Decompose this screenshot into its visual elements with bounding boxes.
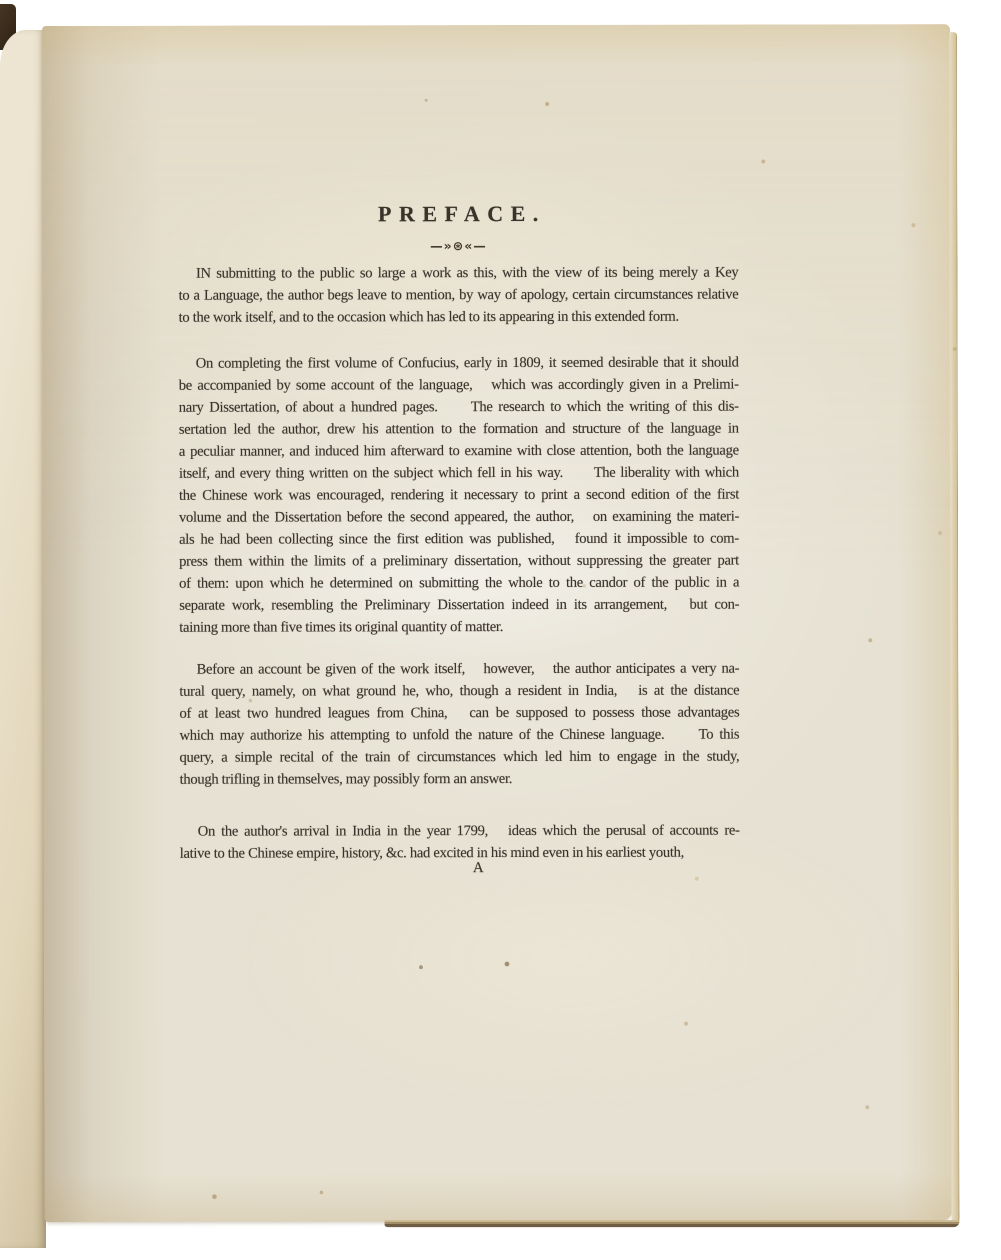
paragraph: INsubmittingtothepublicsolargeaworkasthi…: [179, 265, 739, 332]
text-line: though trifling in themselves, may possi…: [180, 771, 740, 794]
text-line: query,asimplerecitalofthetrainofcircumst…: [180, 749, 740, 772]
text-line: ofthem:uponwhichhedeterminedonsubmitting…: [179, 575, 739, 598]
foxing-specks: [42, 26, 44, 28]
text-line: apeculiarmanner,andinducedhimafterwardto…: [179, 443, 739, 466]
page-title: PREFACE.: [178, 202, 738, 227]
paragraph: OncompletingthefirstvolumeofConfucius,ea…: [179, 355, 740, 642]
book-photograph: PREFACE. —»⊛«— INsubmittingtothepublicso…: [0, 0, 1001, 1260]
paragraphs: INsubmittingtothepublicsolargeaworkasthi…: [179, 265, 740, 868]
text-line: INsubmittingtothepublicsolargeaworkasthi…: [179, 265, 739, 288]
text-line: pressthemwithinthelimitsofapreliminarydi…: [179, 553, 739, 576]
text-line: OncompletingthefirstvolumeofConfucius,ea…: [179, 355, 739, 378]
text-line: beaccompaniedbysomeaccountofthelanguage,…: [179, 377, 739, 400]
book-page: PREFACE. —»⊛«— INsubmittingtothepublicso…: [42, 24, 953, 1222]
paragraph: Beforeanaccountbegivenoftheworkitself,ho…: [179, 661, 739, 794]
text-line: whichmayauthorizehisattemptingtounfoldth…: [179, 727, 739, 750]
text-line: toaLanguage,theauthorbegsleavetomention,…: [179, 287, 739, 310]
text-line: theChineseworkwasencouraged,renderingitn…: [179, 487, 739, 510]
text-line: separatework,resemblingthePreliminaryDis…: [179, 597, 739, 620]
text-line: itself,andeverythingwrittenonthesubjectw…: [179, 465, 739, 488]
text-line: to the work itself, and to the occasion …: [179, 309, 739, 332]
ornament-divider: —»⊛«—: [178, 239, 738, 254]
text-line: turalquery,namely,onwhatgroundhe,who,tho…: [179, 683, 739, 706]
text-line: volumeandtheDissertationbeforetheseconda…: [179, 509, 739, 532]
text-line: ofatleasttwohundredleaguesfromChina,canb…: [179, 705, 739, 728]
text-line: alshehadbeencollectingsincethefirstediti…: [179, 531, 739, 554]
text-line: sertationledtheauthor,drewhisattentionto…: [179, 421, 739, 444]
page-text-block: PREFACE. —»⊛«— INsubmittingtothepublicso…: [178, 202, 739, 876]
text-line: Beforeanaccountbegivenoftheworkitself,ho…: [179, 661, 739, 684]
text-line: Ontheauthor'sarrivalinIndiaintheyear1799…: [180, 823, 740, 846]
text-line: taining more than five times its origina…: [179, 619, 739, 642]
text-line: naryDissertation,ofaboutahundredpages.Th…: [179, 399, 739, 422]
previous-page-edge: [0, 30, 46, 1248]
signature-mark: A: [199, 861, 759, 876]
